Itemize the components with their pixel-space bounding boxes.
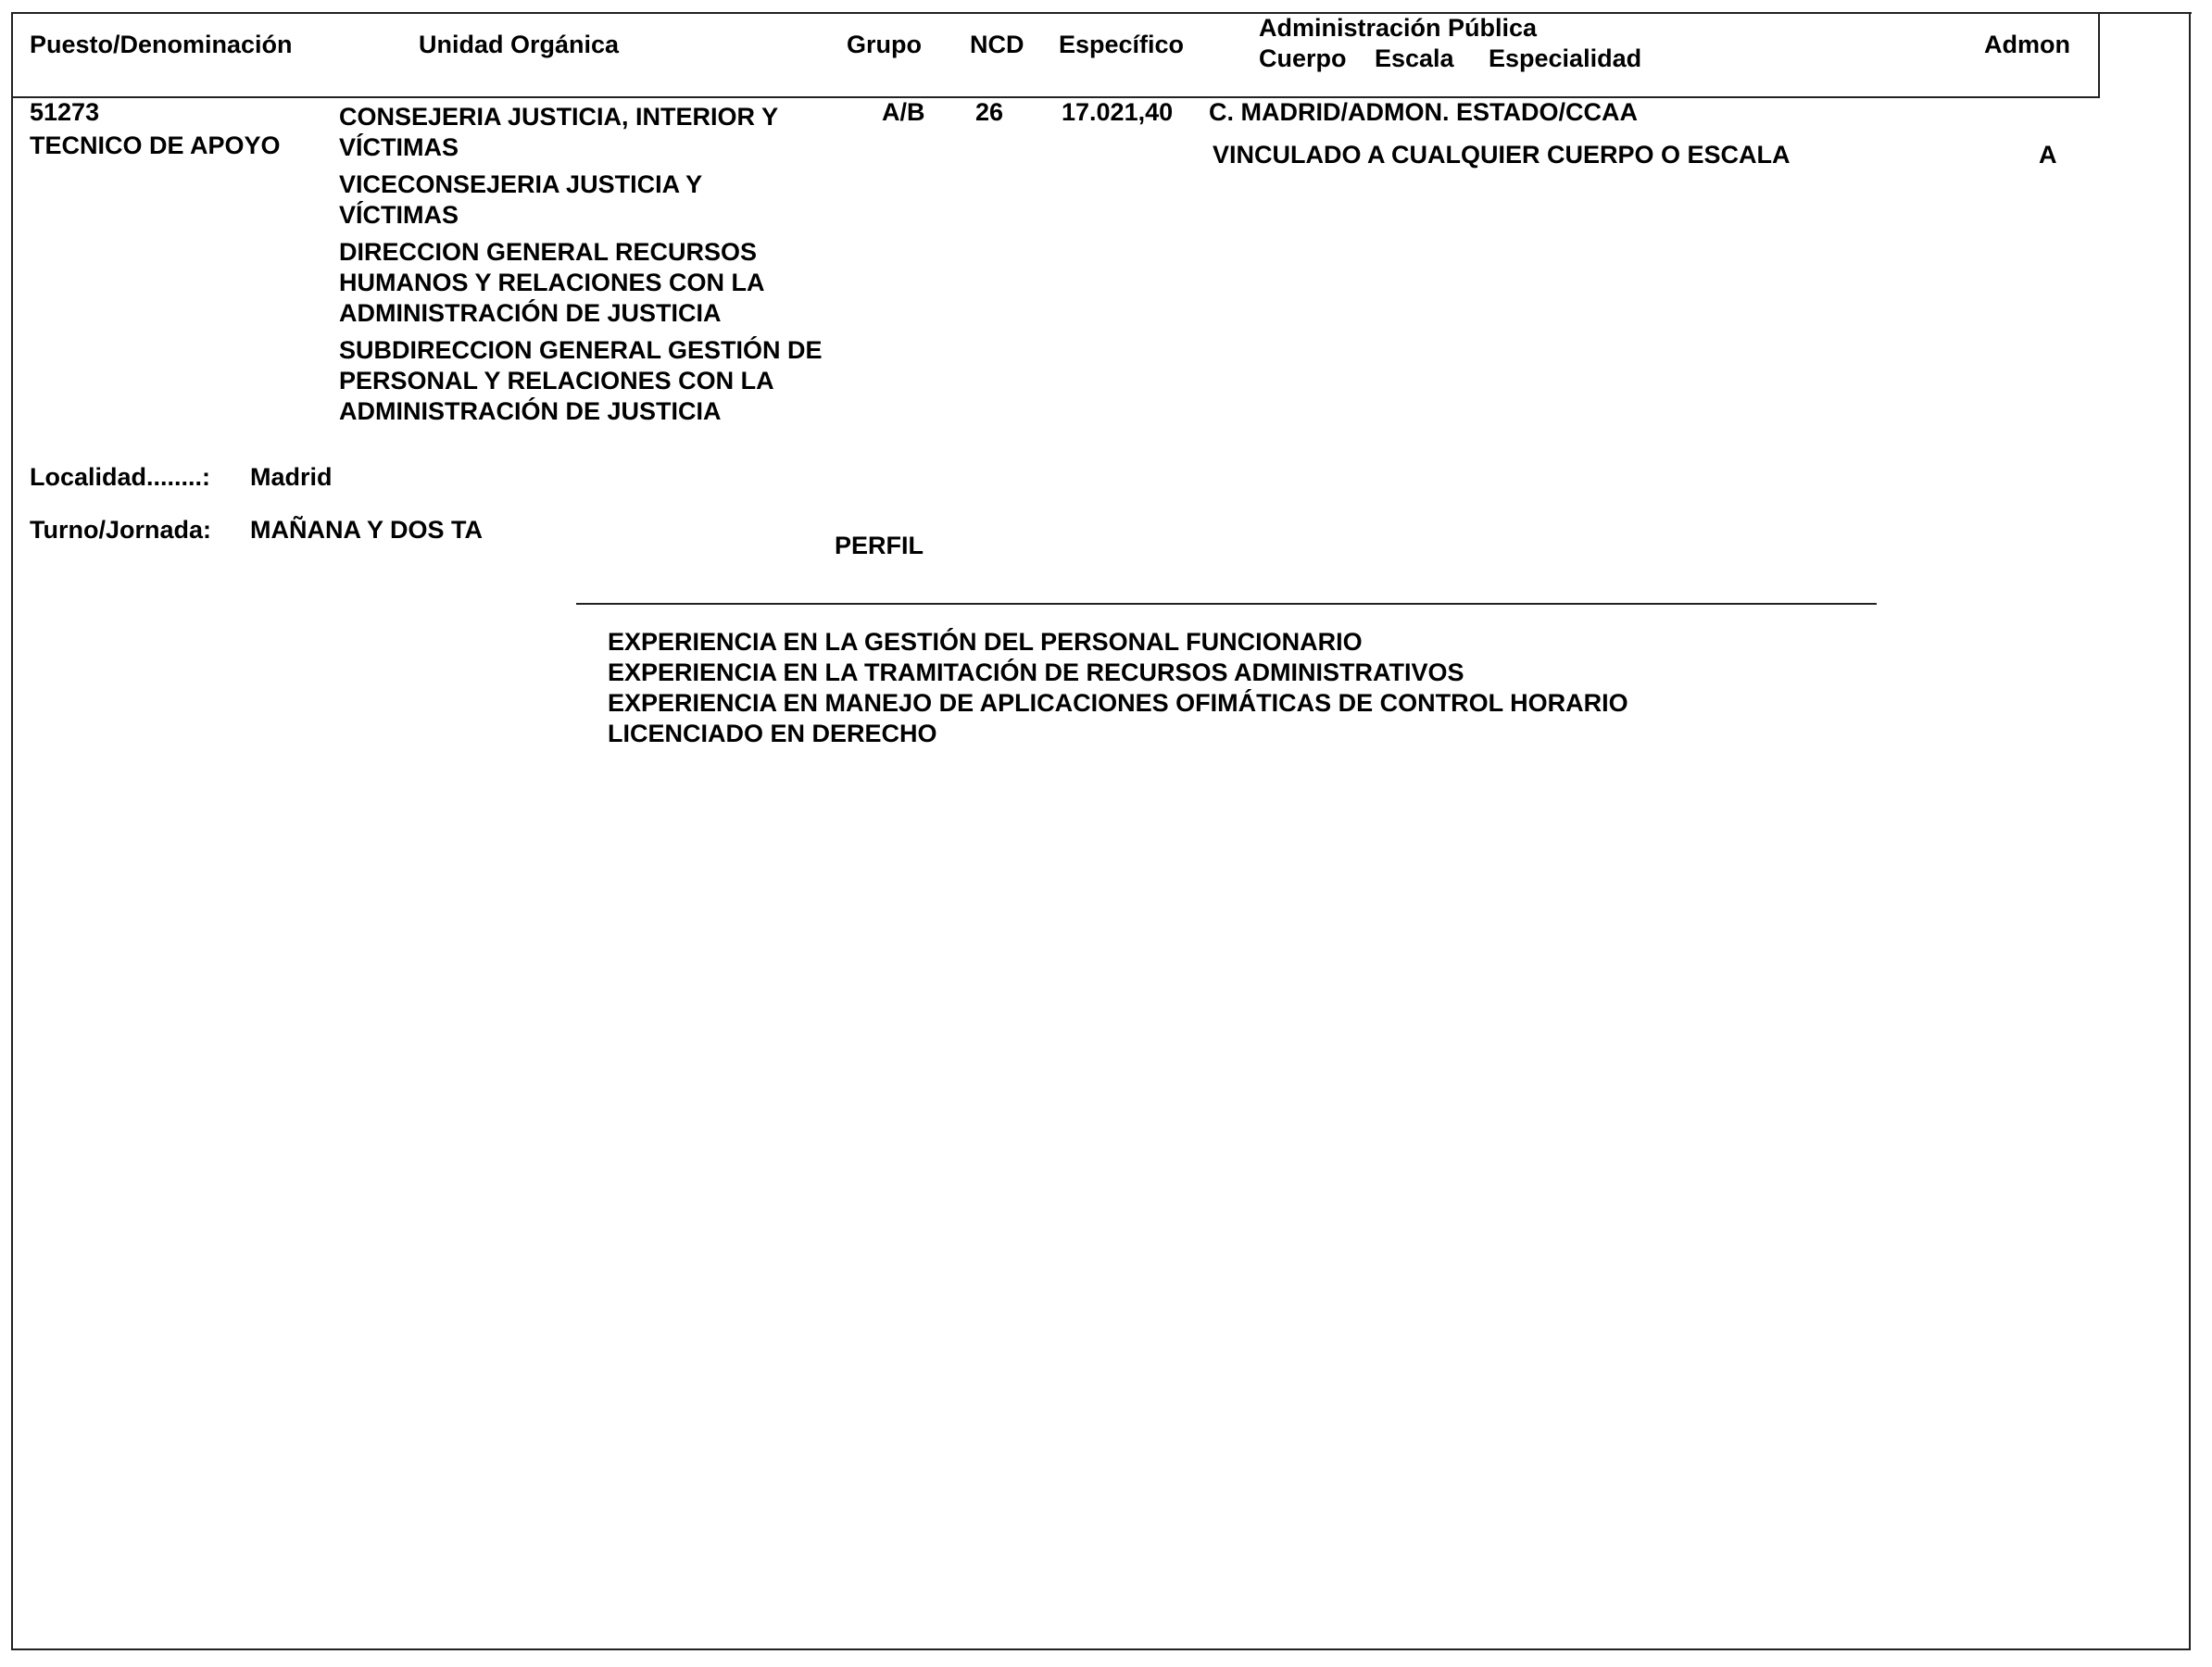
unidad-line: DIRECCION GENERAL RECURSOS: [339, 237, 757, 268]
perfil-item: EXPERIENCIA EN LA GESTIÓN DEL PERSONAL F…: [608, 627, 1363, 658]
unidad-line: VÍCTIMAS: [339, 200, 459, 231]
localidad-label: Localidad........:: [30, 462, 210, 493]
especifico-value: 17.021,40: [1062, 97, 1173, 128]
ncd-value: 26: [975, 97, 1003, 128]
header-escala: Escala: [1375, 44, 1454, 74]
localidad-value: Madrid: [250, 462, 333, 493]
perfil-item: EXPERIENCIA EN MANEJO DE APLICACIONES OF…: [608, 688, 1628, 719]
turno-value: MAÑANA Y DOS TA: [250, 515, 483, 545]
unidad-line: CONSEJERIA JUSTICIA, INTERIOR Y: [339, 102, 778, 132]
perfil-divider: [576, 603, 1877, 605]
perfil-item: EXPERIENCIA EN LA TRAMITACIÓN DE RECURSO…: [608, 658, 1464, 688]
unidad-line: ADMINISTRACIÓN DE JUSTICIA: [339, 298, 722, 329]
page-frame-top: [2099, 12, 2192, 14]
admon-value: A: [2039, 140, 2057, 170]
unidad-line: VÍCTIMAS: [339, 132, 459, 163]
grupo-value: A/B: [882, 97, 925, 128]
turno-label: Turno/Jornada:: [30, 515, 211, 545]
header-cuerpo: Cuerpo: [1259, 44, 1347, 74]
header-admon: Admon: [1984, 30, 2070, 60]
administracion-value: C. MADRID/ADMON. ESTADO/CCAA: [1209, 97, 1638, 128]
perfil-item: LICENCIADO EN DERECHO: [608, 719, 937, 749]
header-especialidad: Especialidad: [1489, 44, 1641, 74]
unidad-line: HUMANOS Y RELACIONES CON LA: [339, 268, 765, 298]
page-frame: [11, 12, 2191, 1650]
unidad-line: PERSONAL Y RELACIONES CON LA: [339, 366, 774, 396]
perfil-title: PERFIL: [835, 531, 924, 561]
table-header: [11, 12, 2100, 98]
header-admin-publica: Administración Pública: [1259, 13, 1537, 44]
header-ncd: NCD: [970, 30, 1024, 60]
header-unidad: Unidad Orgánica: [419, 30, 619, 60]
cuerpo-escala-value: VINCULADO A CUALQUIER CUERPO O ESCALA: [1213, 140, 1791, 170]
header-especifico: Específico: [1059, 30, 1184, 60]
unidad-line: SUBDIRECCION GENERAL GESTIÓN DE: [339, 335, 823, 366]
header-grupo: Grupo: [847, 30, 922, 60]
header-puesto: Puesto/Denominación: [30, 30, 293, 60]
unidad-line: VICECONSEJERIA JUSTICIA Y: [339, 169, 702, 200]
puesto-denominacion: TECNICO DE APOYO: [30, 131, 281, 161]
puesto-codigo: 51273: [30, 97, 99, 128]
unidad-line: ADMINISTRACIÓN DE JUSTICIA: [339, 396, 722, 427]
